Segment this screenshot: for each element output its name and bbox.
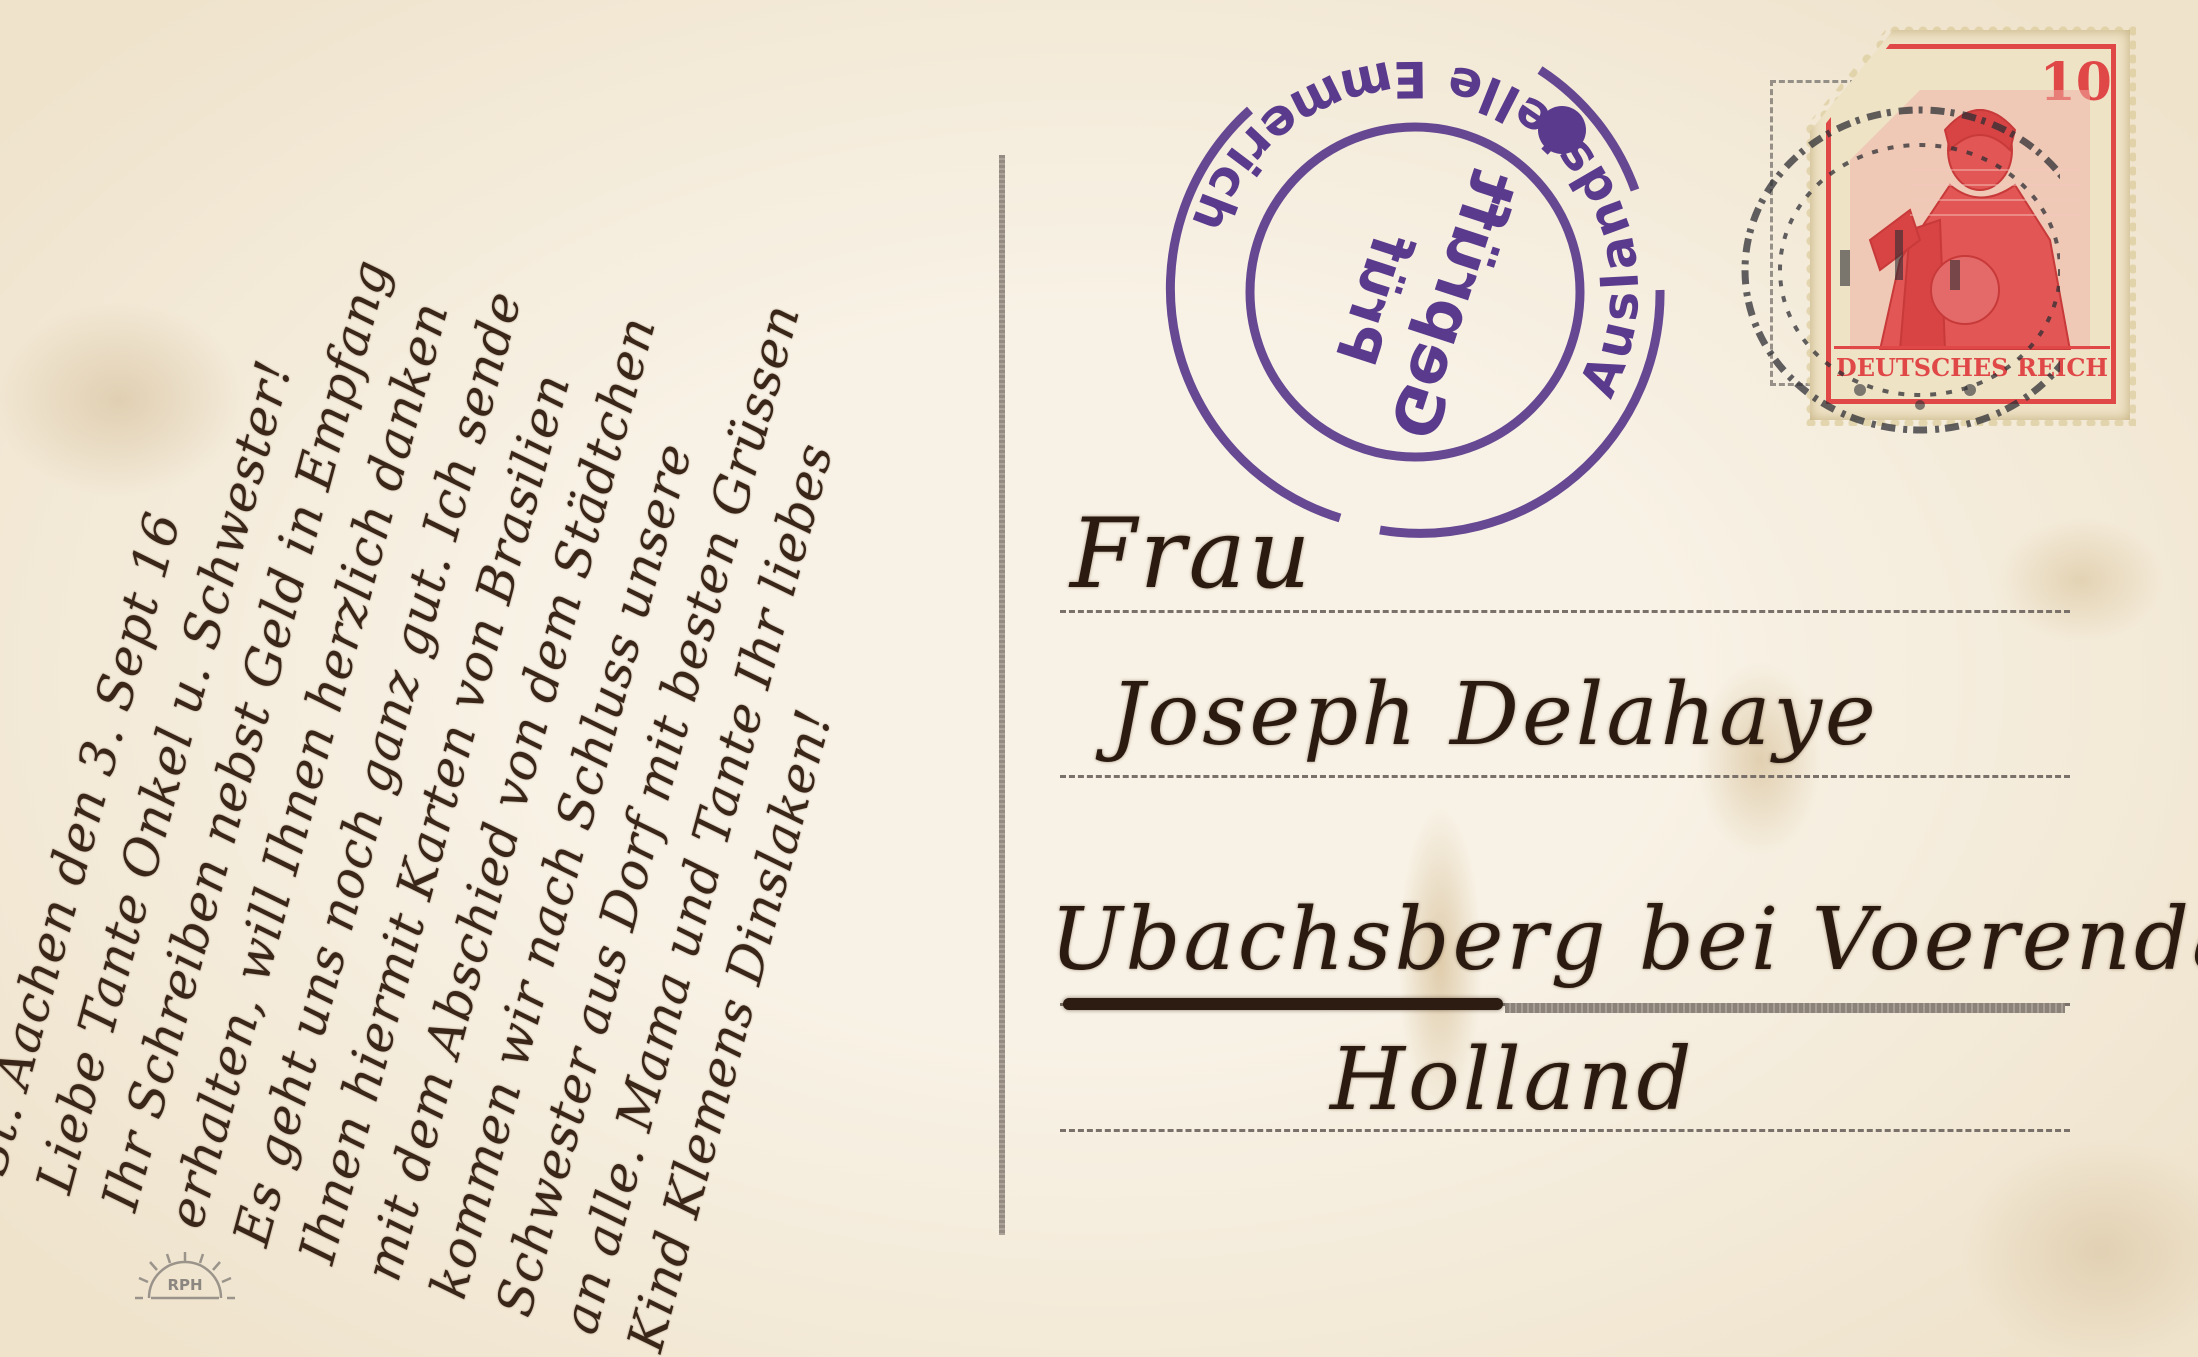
recipient-name: Joseph Delahaye <box>1110 665 1879 765</box>
handwritten-message: St. Aachen den 3. Sept 16 Liebe Tante On… <box>0 0 1014 1357</box>
stamp-country-text: DEUTSCHES REICH <box>1834 346 2110 382</box>
germania-figure-icon <box>1850 90 2090 350</box>
recipient-town: Ubachsberg bei Voerendal <box>1050 890 2198 990</box>
censor-stamp-icon: Auslandstelle Emmerich Geprüft Prüf <box>1140 30 1680 550</box>
message-area: St. Aachen den 3. Sept 16 Liebe Tante On… <box>20 20 970 1340</box>
svg-text:RPH: RPH <box>167 1276 202 1294</box>
rising-sun-logo-icon: RPH <box>135 1252 235 1302</box>
recipient-country: Holland <box>1330 1030 1695 1130</box>
postage-stamp: 10 DEUTSCHES REICH <box>1810 30 2140 430</box>
postcard-back: St. Aachen den 3. Sept 16 Liebe Tante On… <box>0 0 2198 1357</box>
divider-line <box>999 155 1005 1235</box>
